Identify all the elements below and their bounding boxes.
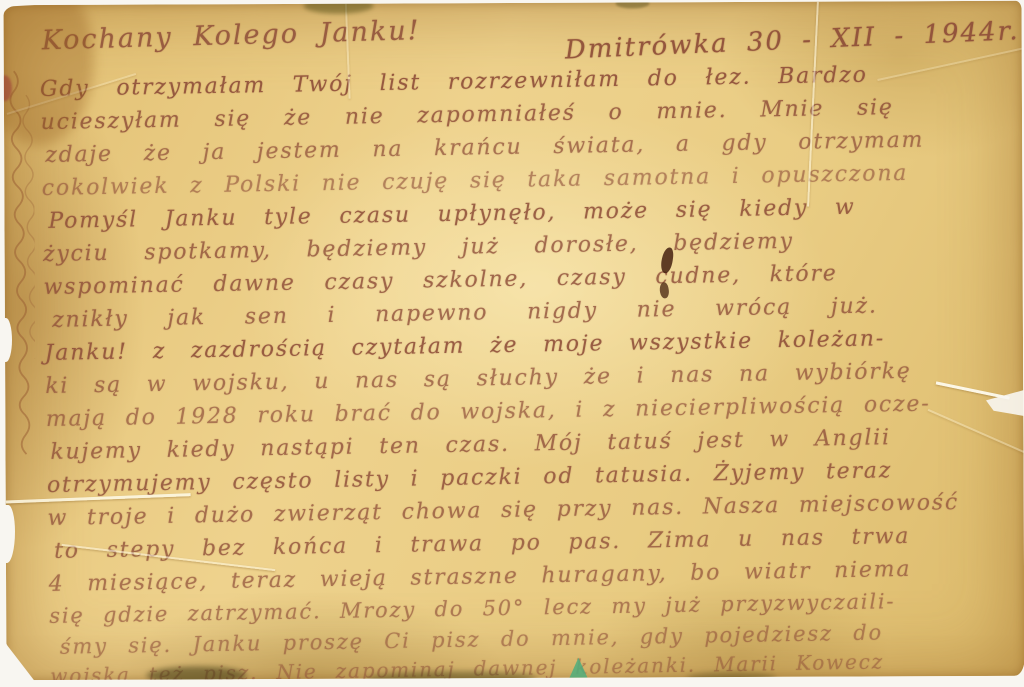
- letter-body: Gdy otrzymałam Twój list rozrzewniłam do…: [34, 56, 1021, 680]
- scanned-postcard: Kochany Kolego Janku! Dmitrówka 30 - XII…: [0, 0, 1024, 687]
- postcard-paper: Kochany Kolego Janku! Dmitrówka 30 - XII…: [4, 1, 1024, 680]
- letter-content: Kochany Kolego Janku! Dmitrówka 30 - XII…: [4, 1, 1024, 680]
- salutation: Kochany Kolego Janku!: [41, 15, 421, 56]
